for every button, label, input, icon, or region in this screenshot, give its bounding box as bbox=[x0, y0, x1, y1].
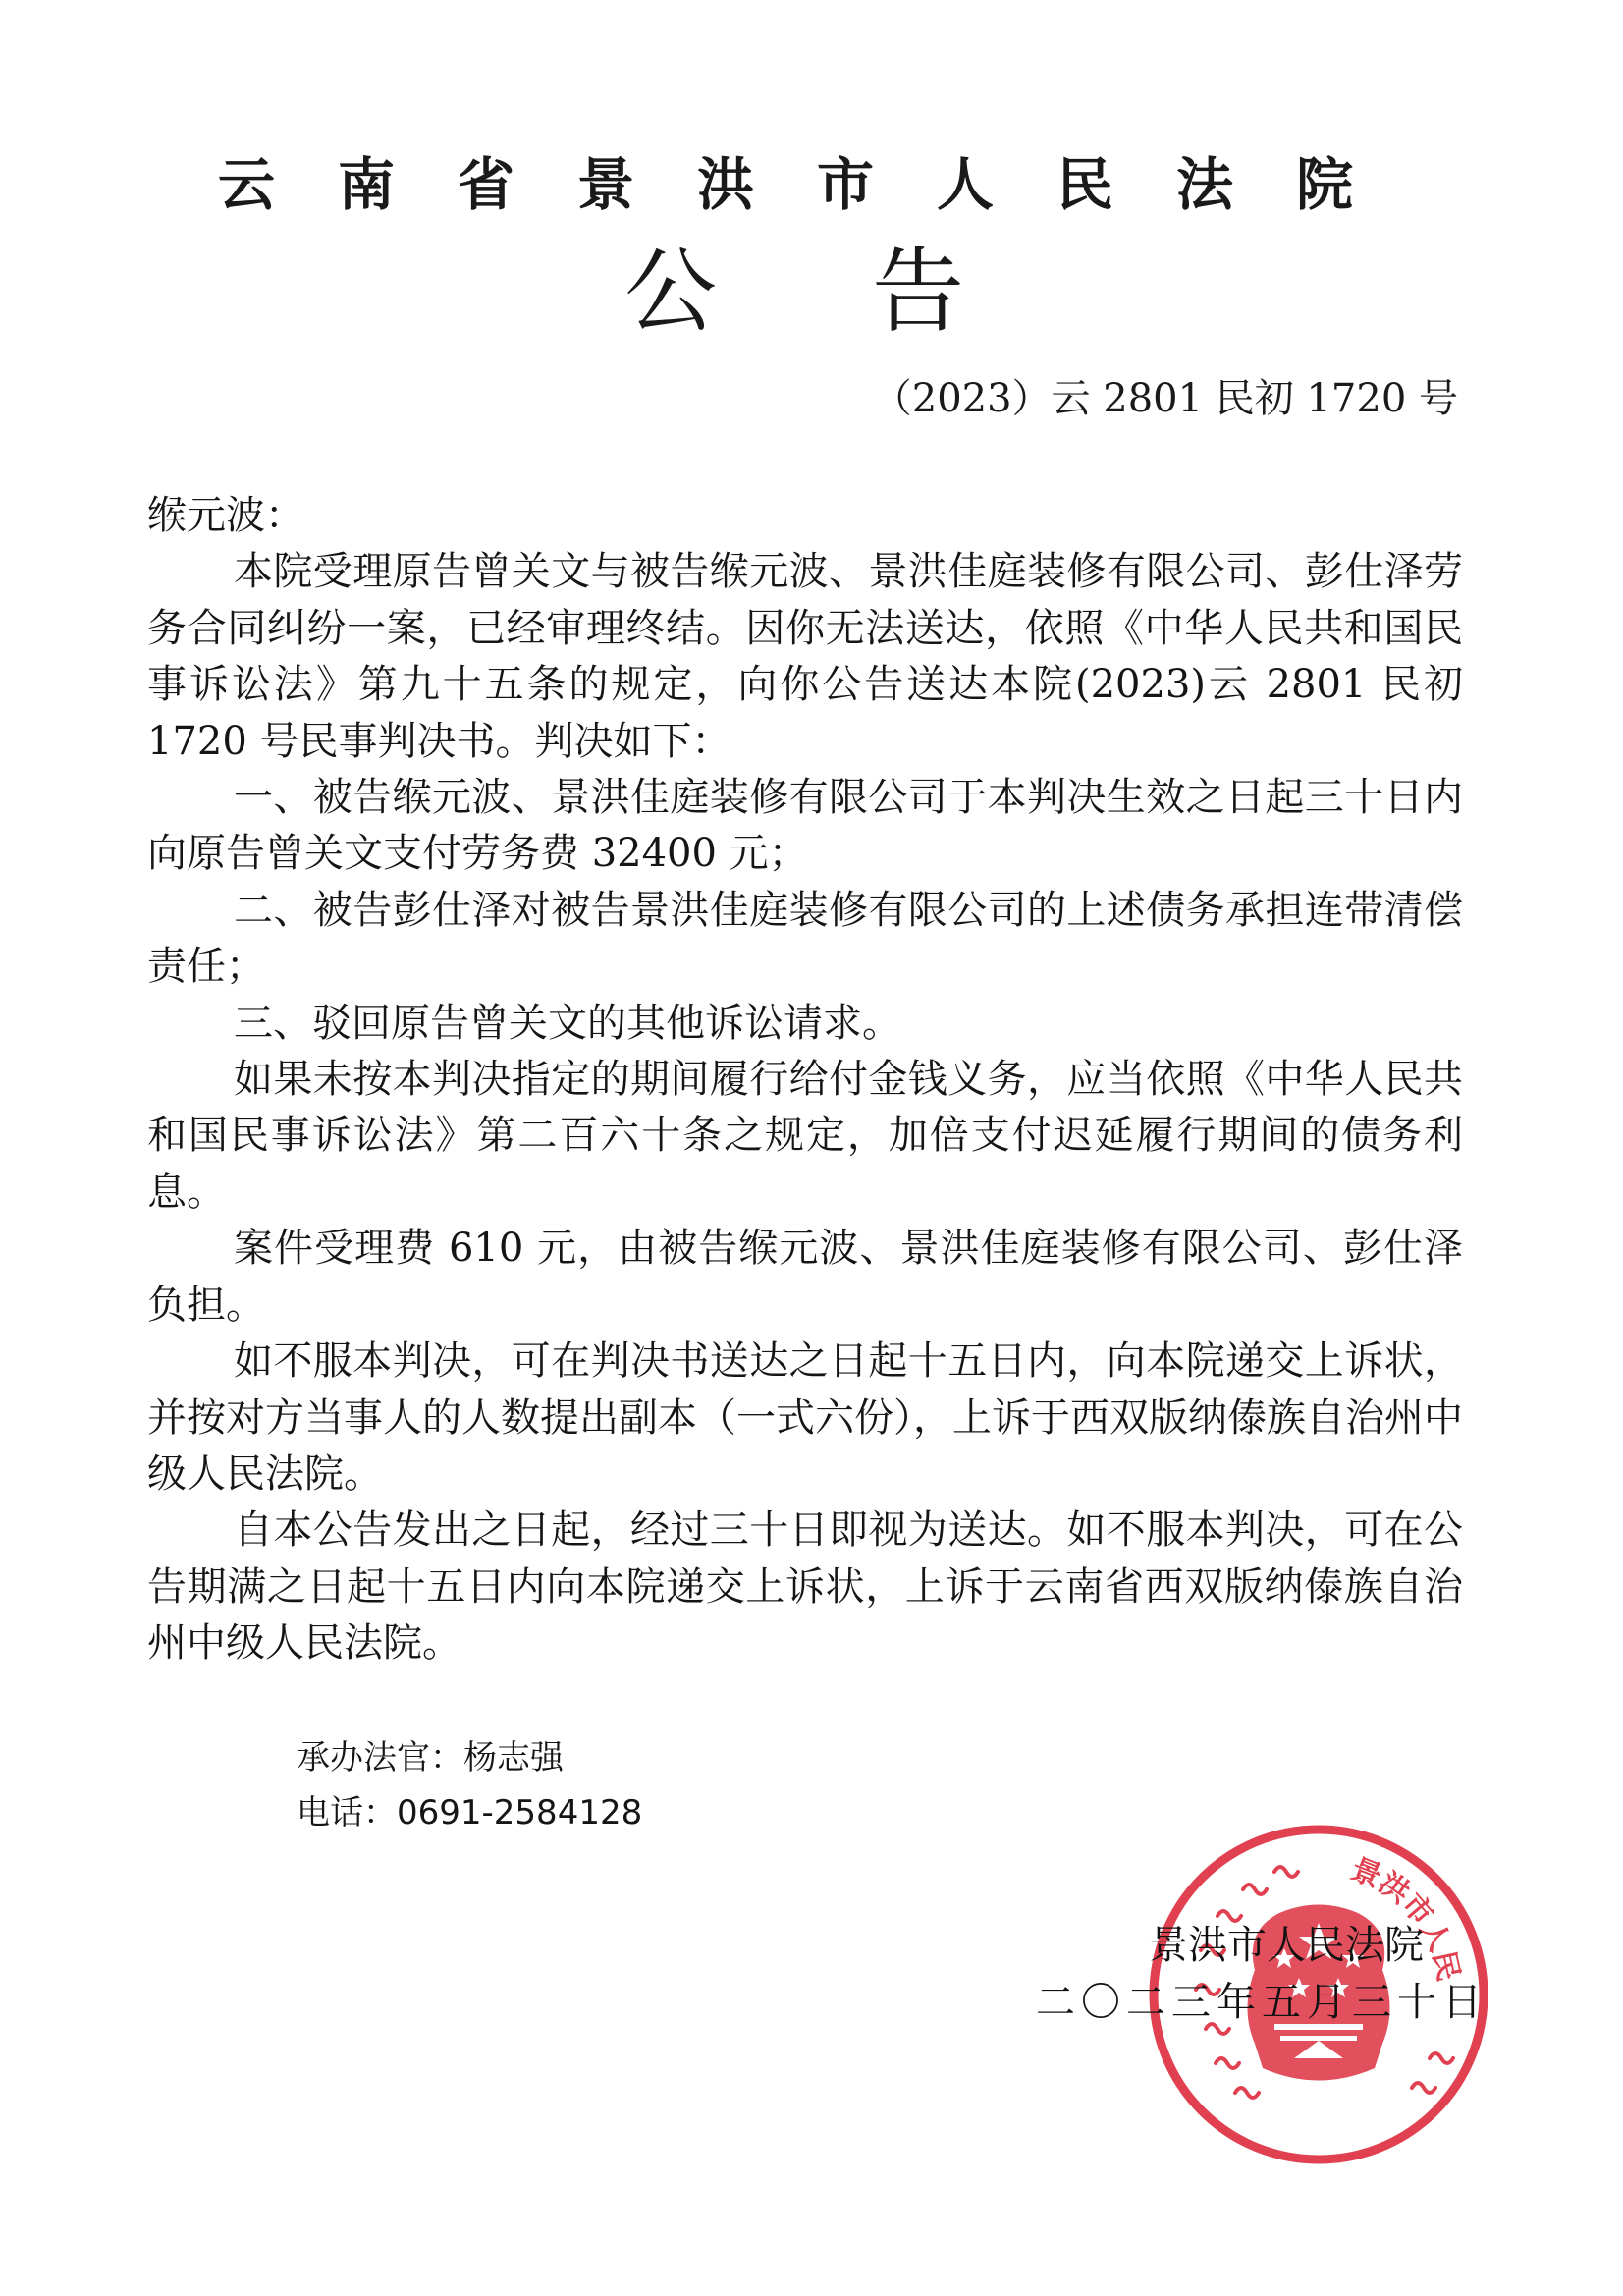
paragraph-ruling-3: 三、驳回原告曾关文的其他诉讼请求。 bbox=[147, 996, 1463, 1052]
paragraph-service-notice: 自本公告发出之日起，经过三十日即视为送达。如不服本判决，可在公告期满之日起十五日… bbox=[147, 1503, 1463, 1671]
paragraph-appeal-rights: 如不服本判决，可在判决书送达之日起十五日内，向本院递交上诉状，并按对方当事人的人… bbox=[147, 1334, 1463, 1503]
judge-name: 杨志强 bbox=[463, 1738, 564, 1777]
paragraph-late-interest: 如果未按本判决指定的期间履行给付金钱义务，应当依照《中华人民共和国民事诉讼法》第… bbox=[147, 1052, 1463, 1221]
document-title: 公告 bbox=[624, 234, 1119, 352]
case-number: （2023）云 2801 民初 1720 号 bbox=[873, 373, 1458, 424]
notice-page: 云南省景洪市人民法院 公告 （2023）云 2801 民初 1720 号 缑元波… bbox=[0, 0, 1623, 2296]
court-title: 云南省景洪市人民法院 bbox=[218, 145, 1396, 224]
signature-block: 景洪市人民法院 二〇二三年五月三十日 bbox=[1036, 1917, 1488, 2031]
phone-row: 电话：0691-2584128 bbox=[297, 1785, 642, 1840]
notice-body: 缑元波： 本院受理原告曾关文与被告缑元波、景洪佳庭装修有限公司、彭仕泽劳务合同纠… bbox=[147, 488, 1463, 1672]
addressee: 缑元波： bbox=[147, 488, 1463, 544]
judge-row: 承办法官：杨志强 bbox=[297, 1730, 642, 1785]
signing-court: 景洪市人民法院 bbox=[1036, 1917, 1488, 1974]
paragraph-case-intro: 本院受理原告曾关文与被告缑元波、景洪佳庭装修有限公司、彭仕泽劳务合同纠纷一案，已… bbox=[147, 544, 1463, 770]
paragraph-ruling-2: 二、被告彭仕泽对被告景洪佳庭装修有限公司的上述债务承担连带清偿责任； bbox=[147, 883, 1463, 996]
phone-number: 0691-2584128 bbox=[397, 1793, 642, 1832]
phone-label: 电话： bbox=[297, 1793, 397, 1832]
judge-label: 承办法官： bbox=[297, 1738, 463, 1777]
signing-date: 二〇二三年五月三十日 bbox=[1036, 1974, 1488, 2031]
paragraph-ruling-1: 一、被告缑元波、景洪佳庭装修有限公司于本判决生效之日起三十日内向原告曾关文支付劳… bbox=[147, 770, 1463, 883]
paragraph-court-fee: 案件受理费 610 元，由被告缑元波、景洪佳庭装修有限公司、彭仕泽负担。 bbox=[147, 1221, 1463, 1334]
judge-contact: 承办法官：杨志强 电话：0691-2584128 bbox=[297, 1730, 642, 1840]
